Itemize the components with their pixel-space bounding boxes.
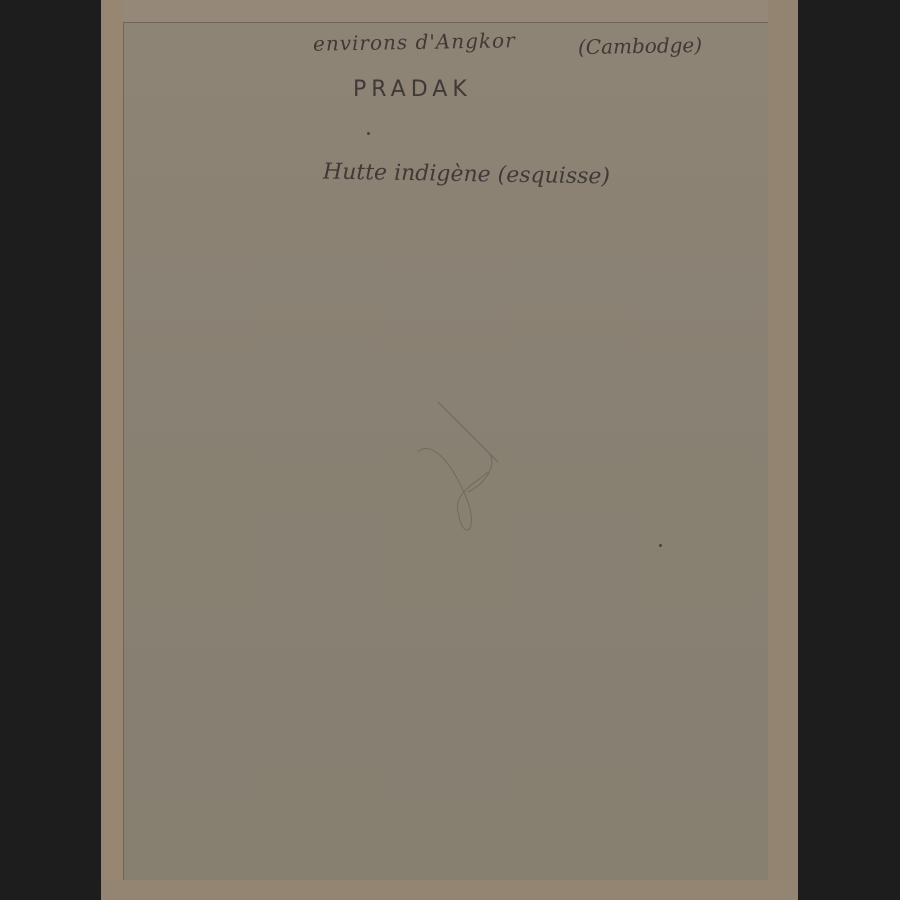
- tape-strip-top: [101, 0, 798, 22]
- pencil-scribble-mark: [408, 392, 528, 552]
- tape-strip-bottom: [101, 880, 798, 900]
- inscription-title: Hutte indigène (esquisse): [323, 159, 610, 189]
- artwork-backing-board: environs d'Angkor (Cambodge) PRADAK Hutt…: [101, 0, 798, 900]
- inscription-artist: PRADAK: [353, 77, 472, 102]
- tape-strip-right: [768, 0, 798, 900]
- speck: [659, 544, 662, 547]
- backing-panel: environs d'Angkor (Cambodge) PRADAK Hutt…: [123, 22, 768, 880]
- inscription-country: (Cambodge): [578, 33, 702, 59]
- tape-strip-left: [101, 0, 123, 900]
- inscription-location: environs d'Angkor: [313, 28, 516, 56]
- speck: [367, 132, 370, 135]
